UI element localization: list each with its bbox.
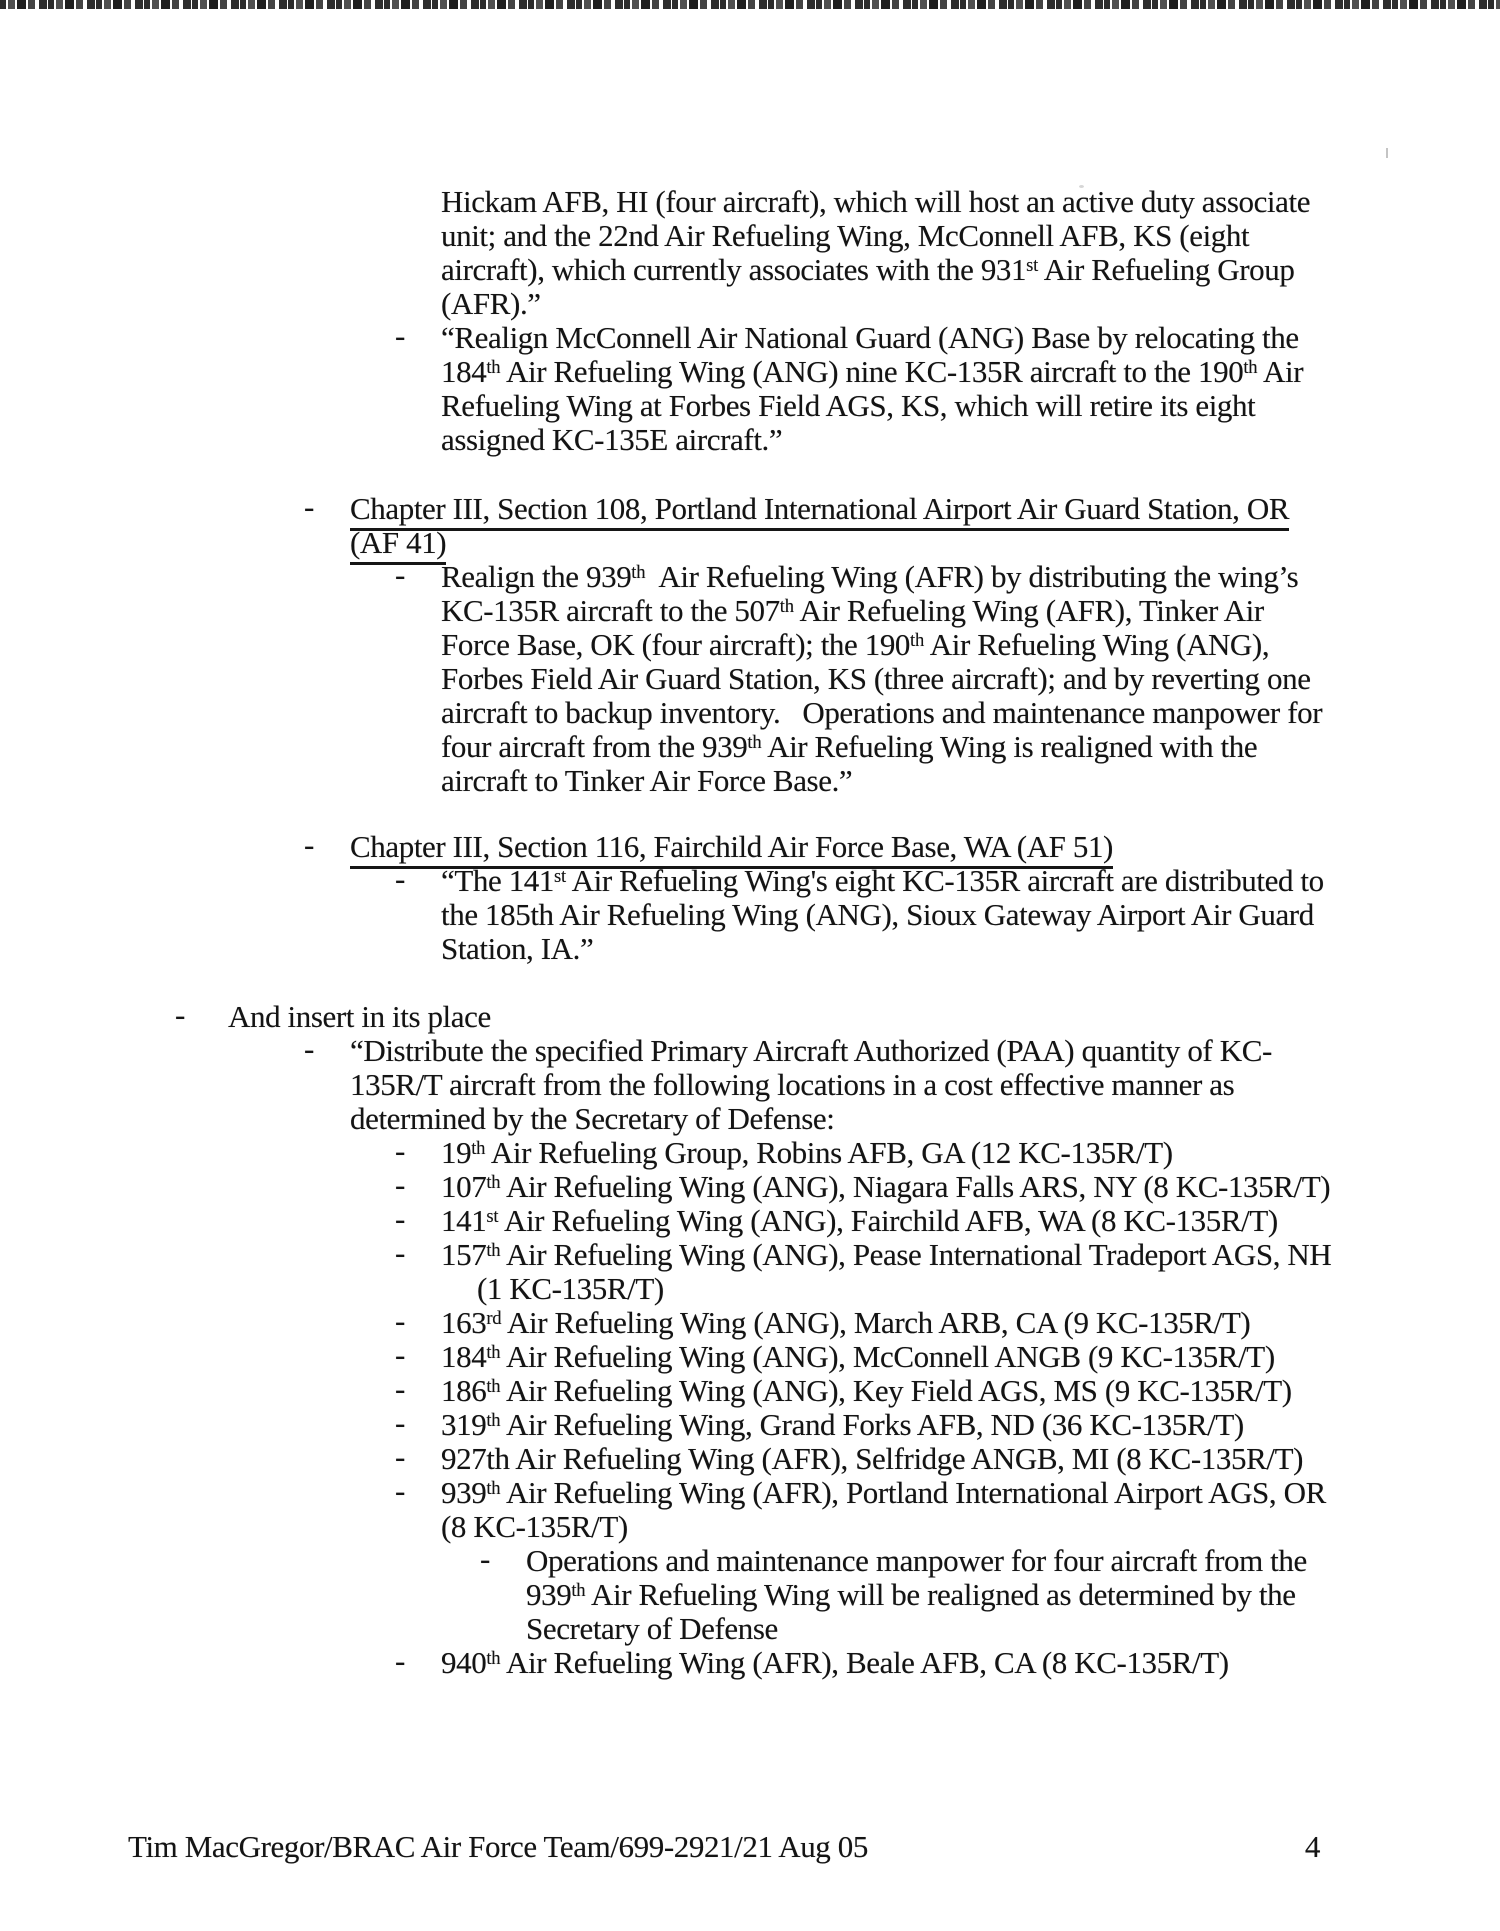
ordinal-superscript: rd	[486, 1308, 501, 1329]
bullet-dash: -	[395, 1168, 405, 1202]
section-heading: -Chapter III, Section 116, Fairchild Air…	[350, 830, 1500, 864]
text-line: aircraft), which currently associates wi…	[441, 253, 1500, 287]
text-run: the 185th Air Refueling Wing (ANG), Siou…	[441, 897, 1314, 932]
footer-author-line: Tim MacGregor/BRAC Air Force Team/699-29…	[128, 1830, 868, 1864]
text-block: -Realign the 939th Air Refueling Wing (A…	[441, 560, 1500, 798]
bullet-dash: -	[395, 1202, 405, 1236]
text-run: assigned KC-135E aircraft.”	[441, 422, 782, 457]
text-run: 184	[441, 354, 486, 389]
underlined-text: Chapter III, Section 108, Portland Inter…	[350, 491, 1289, 531]
text-run: Air Refueling Wing (ANG), Pease Internat…	[500, 1237, 1331, 1272]
text-block: -107th Air Refueling Wing (ANG), Niagara…	[441, 1170, 1500, 1204]
text-line: Realign the 939th Air Refueling Wing (AF…	[441, 560, 1500, 594]
text-line: (1 KC-135R/T)	[441, 1272, 1500, 1306]
text-block: -Operations and maintenance manpower for…	[526, 1544, 1500, 1646]
ordinal-superscript: th	[910, 630, 924, 651]
text-block: -And insert in its place	[228, 1000, 1500, 1034]
text-line: unit; and the 22nd Air Refueling Wing, M…	[441, 219, 1500, 253]
page-number: 4	[1305, 1830, 1320, 1864]
text-line: 157th Air Refueling Wing (ANG), Pease In…	[441, 1238, 1500, 1272]
ordinal-superscript: th	[486, 357, 500, 378]
text-run: Air Refueling Wing (ANG),	[924, 627, 1269, 662]
ordinal-superscript: th	[631, 562, 645, 583]
text-run: (AFR).”	[441, 286, 541, 321]
text-line: (AF 41)	[350, 526, 1500, 560]
text-run: Air Refueling Wing (ANG), Niagara Falls …	[500, 1169, 1330, 1204]
scan-speckle	[1386, 148, 1388, 158]
text-run: 319	[441, 1407, 486, 1442]
text-block: Hickam AFB, HI (four aircraft), which wi…	[441, 185, 1500, 321]
text-line: “Distribute the specified Primary Aircra…	[350, 1034, 1500, 1068]
text-line: 939th Air Refueling Wing will be realign…	[526, 1578, 1500, 1612]
bullet-dash: -	[395, 319, 405, 353]
ordinal-superscript: st	[554, 866, 566, 887]
text-block: -“Realign McConnell Air National Guard (…	[441, 321, 1500, 457]
text-line: 940th Air Refueling Wing (AFR), Beale AF…	[441, 1646, 1500, 1680]
ordinal-superscript: th	[486, 1478, 500, 1499]
text-run: determined by the Secretary of Defense:	[350, 1101, 835, 1136]
text-line: 19th Air Refueling Group, Robins AFB, GA…	[441, 1136, 1500, 1170]
text-run: And insert in its place	[228, 999, 491, 1034]
text-run: 186	[441, 1373, 486, 1408]
text-run: Air Refueling Wing (AFR), Portland Inter…	[500, 1475, 1325, 1510]
bullet-dash: -	[395, 1236, 405, 1270]
text-run: Air Refueling Wing, Grand Forks AFB, ND …	[500, 1407, 1243, 1442]
text-line: “The 141st Air Refueling Wing's eight KC…	[441, 864, 1500, 898]
text-run: 157	[441, 1237, 486, 1272]
ordinal-superscript: th	[486, 1172, 500, 1193]
text-run: unit; and the 22nd Air Refueling Wing, M…	[441, 218, 1249, 253]
text-run: 939	[526, 1577, 571, 1612]
text-run: Air Refueling Group, Robins AFB, GA (12 …	[485, 1135, 1172, 1170]
text-line: aircraft to backup inventory. Operations…	[441, 696, 1500, 730]
text-block: -163rd Air Refueling Wing (ANG), March A…	[441, 1306, 1500, 1340]
text-line: 135R/T aircraft from the following locat…	[350, 1068, 1500, 1102]
text-run: 163	[441, 1305, 486, 1340]
bullet-dash: -	[395, 862, 405, 896]
text-run: Chapter III, Section 108, Portland Inter…	[350, 491, 1289, 526]
text-run: 141	[441, 1203, 486, 1238]
text-line: Forbes Field Air Guard Station, KS (thre…	[441, 662, 1500, 696]
text-run: Station, IA.”	[441, 931, 593, 966]
text-block: -184th Air Refueling Wing (ANG), McConne…	[441, 1340, 1500, 1374]
text-run: aircraft), which currently associates wi…	[441, 252, 1026, 287]
bullet-dash: -	[304, 490, 314, 524]
text-run: 927th Air Refueling Wing (AFR), Selfridg…	[441, 1441, 1303, 1476]
ordinal-superscript: th	[780, 596, 794, 617]
text-line: KC-135R aircraft to the 507th Air Refuel…	[441, 594, 1500, 628]
text-run: Air Refueling Wing (AFR), Beale AFB, CA …	[500, 1645, 1228, 1680]
text-line: 107th Air Refueling Wing (ANG), Niagara …	[441, 1170, 1500, 1204]
ordinal-superscript: th	[471, 1138, 485, 1159]
text-run: Air Refueling Wing (ANG), March ARB, CA …	[501, 1305, 1250, 1340]
bullet-dash: -	[175, 998, 185, 1032]
ordinal-superscript: th	[1243, 357, 1257, 378]
text-run: Secretary of Defense	[526, 1611, 778, 1646]
bullet-dash: -	[395, 1644, 405, 1678]
text-run: (8 KC-135R/T)	[441, 1509, 628, 1544]
text-run: 940	[441, 1645, 486, 1680]
ordinal-superscript: th	[486, 1342, 500, 1363]
text-run: “Realign McConnell Air National Guard (A…	[441, 320, 1299, 355]
text-run: Air Refueling Wing is realigned with the	[761, 729, 1257, 764]
text-run: Forbes Field Air Guard Station, KS (thre…	[441, 661, 1311, 696]
text-run: aircraft to Tinker Air Force Base.”	[441, 763, 852, 798]
text-run: Operations and maintenance manpower for …	[526, 1543, 1307, 1578]
text-line: four aircraft from the 939th Air Refueli…	[441, 730, 1500, 764]
text-run: Force Base, OK (four aircraft); the 190	[441, 627, 910, 662]
text-run: Air Refueling Wing (ANG), Key Field AGS,…	[500, 1373, 1291, 1408]
text-line: Chapter III, Section 108, Portland Inter…	[350, 492, 1500, 526]
ordinal-superscript: th	[486, 1240, 500, 1261]
bullet-dash: -	[395, 1474, 405, 1508]
text-run: (1 KC-135R/T)	[477, 1271, 664, 1306]
text-run: aircraft to backup inventory. Operations…	[441, 695, 1322, 730]
text-line: determined by the Secretary of Defense:	[350, 1102, 1500, 1136]
text-block: -319th Air Refueling Wing, Grand Forks A…	[441, 1408, 1500, 1442]
text-line: Hickam AFB, HI (four aircraft), which wi…	[441, 185, 1500, 219]
section-heading: -Chapter III, Section 108, Portland Inte…	[350, 492, 1500, 560]
bullet-dash: -	[395, 1338, 405, 1372]
text-line: “Realign McConnell Air National Guard (A…	[441, 321, 1500, 355]
document-content: Hickam AFB, HI (four aircraft), which wi…	[0, 185, 1500, 1680]
text-run: Air Refueling Wing will be realigned as …	[585, 1577, 1295, 1612]
page-footer: Tim MacGregor/BRAC Air Force Team/699-29…	[128, 1830, 1320, 1864]
text-run: Hickam AFB, HI (four aircraft), which wi…	[441, 184, 1310, 219]
text-run: Air	[1257, 354, 1303, 389]
text-block: -“The 141st Air Refueling Wing's eight K…	[441, 864, 1500, 966]
text-block: -940th Air Refueling Wing (AFR), Beale A…	[441, 1646, 1500, 1680]
text-run: Air Refueling Wing (ANG), McConnell ANGB…	[500, 1339, 1274, 1374]
text-line: 939th Air Refueling Wing (AFR), Portland…	[441, 1476, 1500, 1510]
text-line: Secretary of Defense	[526, 1612, 1500, 1646]
text-run: Air Refueling Wing (AFR), Tinker Air	[794, 593, 1264, 628]
bullet-dash: -	[395, 558, 405, 592]
text-line: 186th Air Refueling Wing (ANG), Key Fiel…	[441, 1374, 1500, 1408]
text-line: (8 KC-135R/T)	[441, 1510, 1500, 1544]
bullet-dash: -	[395, 1134, 405, 1168]
text-line: assigned KC-135E aircraft.”	[441, 423, 1500, 457]
bullet-dash: -	[395, 1406, 405, 1440]
text-line: (AFR).”	[441, 287, 1500, 321]
text-run: four aircraft from the 939	[441, 729, 747, 764]
ordinal-superscript: th	[486, 1376, 500, 1397]
text-line: 927th Air Refueling Wing (AFR), Selfridg…	[441, 1442, 1500, 1476]
text-run: (AF 41)	[350, 525, 446, 560]
text-line: 184th Air Refueling Wing (ANG), McConnel…	[441, 1340, 1500, 1374]
ordinal-superscript: st	[486, 1206, 498, 1227]
text-run: Realign the 939	[441, 559, 631, 594]
text-run: Air Refueling Group	[1038, 252, 1294, 287]
ordinal-superscript: st	[1026, 255, 1038, 276]
document-page: Hickam AFB, HI (four aircraft), which wi…	[0, 0, 1500, 1931]
text-run: Air Refueling Wing (ANG), Fairchild AFB,…	[498, 1203, 1278, 1238]
text-run: 19	[441, 1135, 471, 1170]
text-block: -141st Air Refueling Wing (ANG), Fairchi…	[441, 1204, 1500, 1238]
text-block: -939th Air Refueling Wing (AFR), Portlan…	[441, 1476, 1500, 1544]
text-run: Chapter III, Section 116, Fairchild Air …	[350, 829, 1113, 864]
ordinal-superscript: th	[486, 1410, 500, 1431]
bullet-dash: -	[395, 1304, 405, 1338]
text-run: 184	[441, 1339, 486, 1374]
text-run: 107	[441, 1169, 486, 1204]
text-run: “Distribute the specified Primary Aircra…	[350, 1033, 1272, 1068]
text-line: Operations and maintenance manpower for …	[526, 1544, 1500, 1578]
text-run: Refueling Wing at Forbes Field AGS, KS, …	[441, 388, 1255, 423]
text-line: And insert in its place	[228, 1000, 1500, 1034]
text-run: “The 141	[441, 863, 554, 898]
text-line: 319th Air Refueling Wing, Grand Forks AF…	[441, 1408, 1500, 1442]
bullet-dash: -	[480, 1542, 490, 1576]
text-line: Refueling Wing at Forbes Field AGS, KS, …	[441, 389, 1500, 423]
text-line: aircraft to Tinker Air Force Base.”	[441, 764, 1500, 798]
bullet-dash: -	[395, 1440, 405, 1474]
scan-noise-band	[0, 0, 1500, 9]
text-run: KC-135R aircraft to the 507	[441, 593, 780, 628]
text-run: 135R/T aircraft from the following locat…	[350, 1067, 1234, 1102]
text-line: the 185th Air Refueling Wing (ANG), Siou…	[441, 898, 1500, 932]
ordinal-superscript: th	[747, 732, 761, 753]
text-run: Air Refueling Wing (AFR) by distributing…	[645, 559, 1298, 594]
text-run: Air Refueling Wing (ANG) nine KC-135R ai…	[500, 354, 1243, 389]
text-line: Chapter III, Section 116, Fairchild Air …	[350, 830, 1500, 864]
text-block: -19th Air Refueling Group, Robins AFB, G…	[441, 1136, 1500, 1170]
bullet-dash: -	[395, 1372, 405, 1406]
ordinal-superscript: th	[486, 1648, 500, 1669]
text-line: Station, IA.”	[441, 932, 1500, 966]
text-block: -157th Air Refueling Wing (ANG), Pease I…	[441, 1238, 1500, 1306]
text-block: -927th Air Refueling Wing (AFR), Selfrid…	[441, 1442, 1500, 1476]
text-line: 184th Air Refueling Wing (ANG) nine KC-1…	[441, 355, 1500, 389]
bullet-dash: -	[304, 828, 314, 862]
text-run: 939	[441, 1475, 486, 1510]
text-run: Air Refueling Wing's eight KC-135R aircr…	[566, 863, 1324, 898]
text-block: -“Distribute the specified Primary Aircr…	[350, 1034, 1500, 1136]
text-line: 141st Air Refueling Wing (ANG), Fairchil…	[441, 1204, 1500, 1238]
ordinal-superscript: th	[571, 1580, 585, 1601]
bullet-dash: -	[304, 1032, 314, 1066]
text-block: -186th Air Refueling Wing (ANG), Key Fie…	[441, 1374, 1500, 1408]
text-line: 163rd Air Refueling Wing (ANG), March AR…	[441, 1306, 1500, 1340]
text-line: Force Base, OK (four aircraft); the 190t…	[441, 628, 1500, 662]
